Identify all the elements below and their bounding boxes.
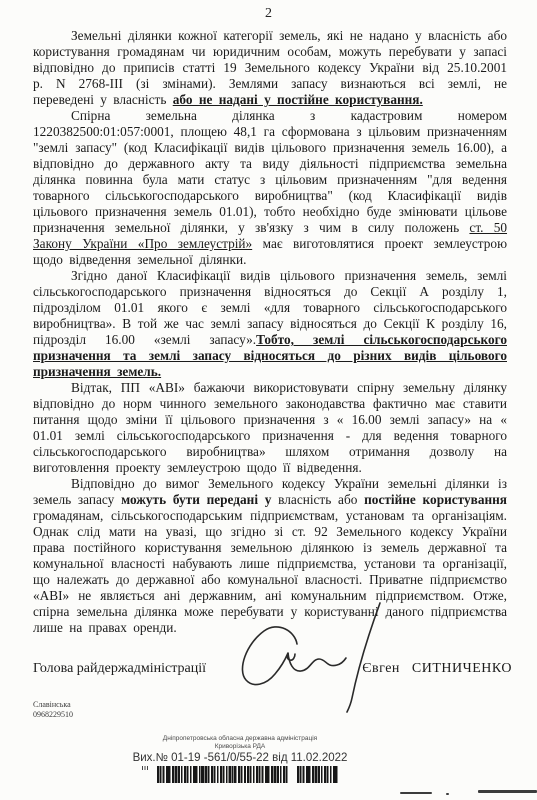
paragraph-4: Відтак, ПП «АВІ» бажаючи використовувати… [33, 380, 507, 476]
document-body: Земельні ділянки кожної категорії земель… [0, 22, 537, 636]
paragraph-5-bold-2: постійне користування [364, 492, 507, 507]
document-page: 2 Земельні ділянки кожної категорії земе… [0, 0, 537, 800]
page-number: 2 [0, 0, 537, 22]
paragraph-2: Спірна земельна ділянка з кадастровим но… [33, 108, 507, 268]
registration-stamp: Дніпропетровська обласна державна адміні… [100, 735, 380, 784]
contact-name: Славінська [33, 700, 537, 710]
stamp-org-line1: Дніпропетровська обласна державна адміні… [100, 735, 380, 743]
paragraph-5-text-2: власність або [271, 492, 364, 507]
pen-dot-artifact [446, 793, 449, 795]
paragraph-5: Відповідно до вимог Земельного кодексу У… [33, 476, 507, 636]
paragraph-3: Згідно даної Класифікації видів цільовог… [33, 268, 507, 380]
contact-block: Славінська 0968229510 [33, 700, 537, 720]
barcode [157, 766, 289, 783]
paragraph-2-text: Спірна земельна ділянка з кадастровим но… [33, 108, 507, 235]
paragraph-5-bold-1: можуть бути передані у [121, 492, 271, 507]
paragraph-4-text: Відтак, ПП «АВІ» бажаючи використовувати… [33, 380, 507, 475]
signature-block: Голова райдержадміністрації Євген СИТНИЧ… [33, 652, 512, 686]
pen-stroke-artifact [478, 790, 537, 793]
paragraph-5-text-3: громадянам, сільськогосподарським підпри… [33, 508, 507, 635]
barcode-prefix-mark [142, 766, 149, 770]
stamp-ref-number: Вих.№ 01-19 -561/0/55-22 від 11.02.2022 [100, 752, 380, 764]
signature-name: Євген СИТНИЧЕНКО [362, 661, 512, 677]
stamp-org-line2: Криворізька РДА [100, 743, 380, 751]
barcode-row [100, 766, 380, 784]
contact-phone: 0968229510 [33, 710, 537, 720]
paragraph-1: Земельні ділянки кожної категорії земель… [33, 28, 507, 108]
signature-title: Голова райдержадміністрації [33, 661, 206, 677]
barcode-short [297, 766, 339, 783]
paragraph-1-bold-underline: або не надані у постійне користування. [173, 92, 423, 107]
pen-stroke-artifact [400, 792, 432, 794]
